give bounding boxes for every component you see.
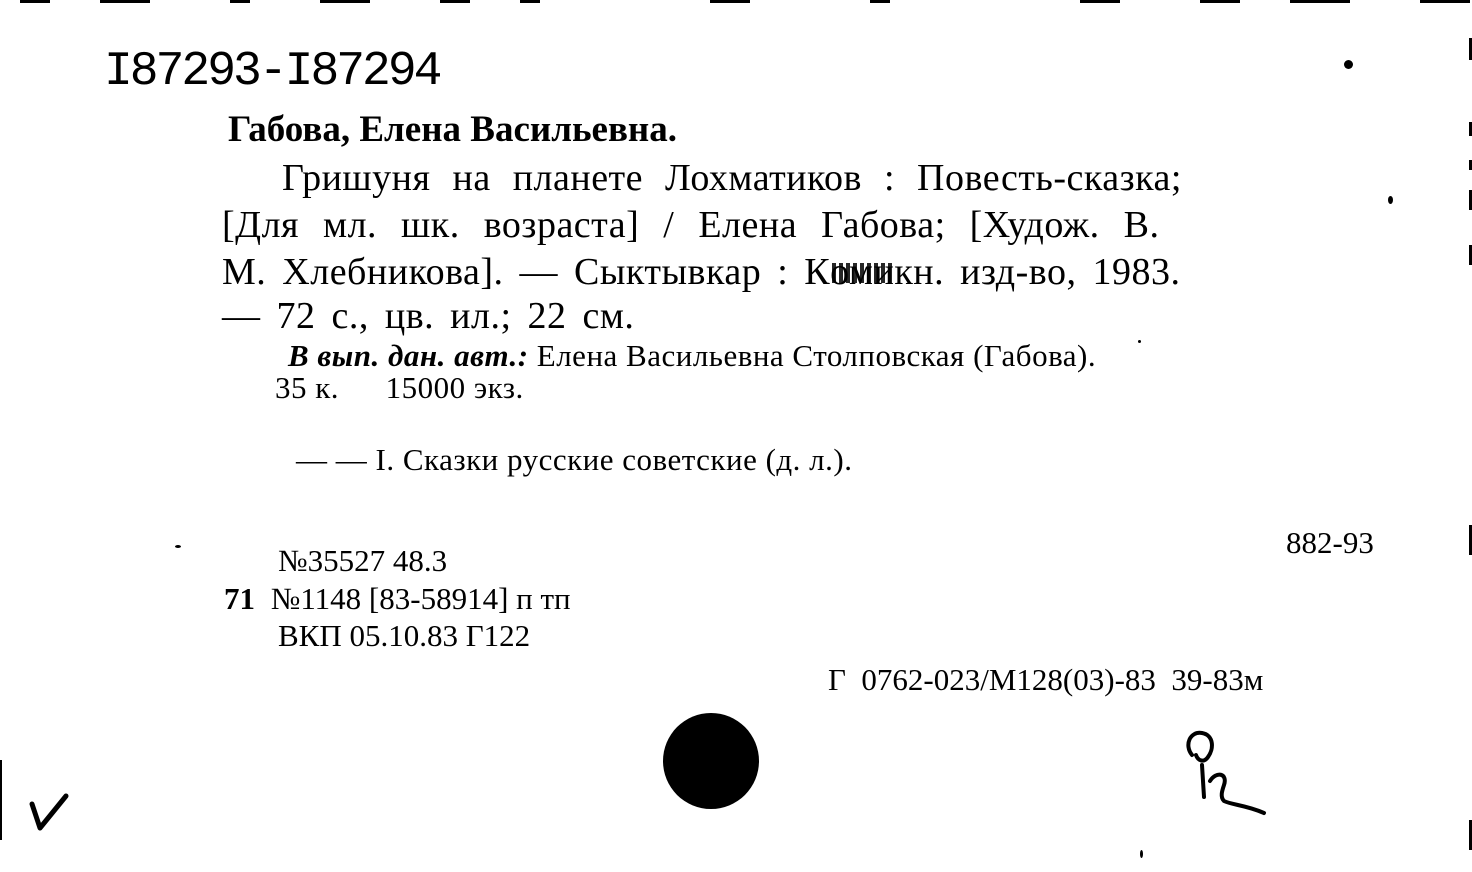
title-line-1: Гришуня на планете Лохматиков : Повесть-… — [282, 156, 1182, 200]
publisher-code: Г 0762-023/М128(03)-83 39-83м — [828, 662, 1263, 698]
record-line-2-prefix: 71 — [224, 581, 255, 616]
handwritten-initials-icon — [1180, 725, 1270, 820]
note-text: Елена Васильевна Столповская (Габова). — [537, 338, 1096, 373]
record-line-3: ВКП 05.10.83 Г122 — [278, 618, 530, 654]
scan-speck — [175, 545, 181, 548]
title-line-3-before: М. Хлебникова]. — Сыктывкар : К — [222, 251, 830, 293]
record-line-1-text: №35527 48.3 — [278, 543, 447, 578]
title-line-2: [Для мл. шк. возраста] / Елена Габова; [… — [222, 203, 1160, 247]
price-print-run: 35 к. 15000 экз. — [275, 370, 524, 406]
author-heading: Габова, Елена Васильевна. — [228, 108, 677, 151]
note-prefix: В вып. дан. авт.: — [288, 338, 529, 373]
print-run: 15000 экз. — [386, 370, 524, 405]
subject-dashes: — — — [296, 442, 367, 477]
record-line-1: №35527 48.3 — [278, 543, 447, 579]
inventory-numbers: I87293-I87294 — [104, 45, 439, 99]
check-mark-icon — [28, 790, 73, 835]
classification-code: 882-93 — [1286, 525, 1374, 561]
scan-speck — [1138, 340, 1141, 343]
punch-hole-icon — [663, 713, 759, 809]
scan-edge-left — [0, 760, 2, 840]
scan-speck — [1344, 60, 1353, 69]
record-line-3-text: ВКП 05.10.83 Г122 — [278, 618, 530, 653]
record-line-2: 71 №1148 [83-58914] п тп — [224, 581, 571, 617]
title-line-3-after: кн. изд-во, 1983. — [894, 251, 1180, 293]
subject-entry: — — I. Сказки русские советские (д. л.). — [296, 442, 852, 478]
title-line-4: — 72 с., цв. ил.; 22 см. — [222, 294, 634, 338]
subject-text: I. Сказки русские советские (д. л.). — [376, 442, 853, 477]
scan-speck — [1140, 850, 1143, 858]
author-note: В вып. дан. авт.: Елена Васильевна Столп… — [288, 338, 1096, 374]
scan-speck — [1388, 196, 1393, 204]
overstruck-text: оми — [830, 250, 894, 294]
title-line-3: М. Хлебникова]. — Сыктывкар : Комикн. из… — [222, 250, 1180, 294]
record-line-2-text: №1148 [83-58914] п тп — [271, 581, 571, 616]
price: 35 к. — [275, 370, 339, 405]
